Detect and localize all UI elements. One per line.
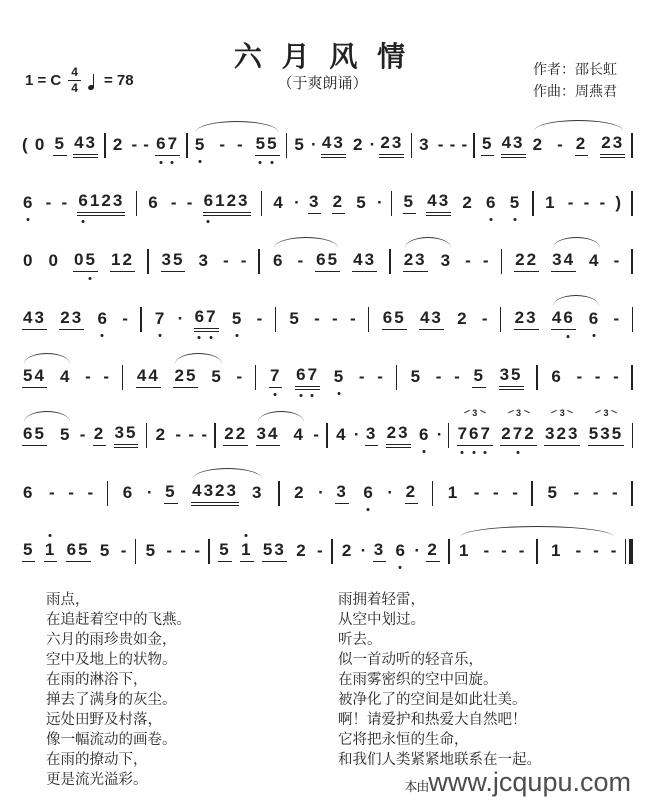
note: 23 <box>514 308 539 330</box>
note-digit: 3 <box>366 424 377 444</box>
note: 23 <box>379 133 404 158</box>
note-digit: 5 <box>548 483 559 503</box>
barline <box>536 365 538 390</box>
note-digit: 1 <box>459 541 470 561</box>
barline <box>432 481 434 506</box>
slur-group: 344 <box>256 424 306 446</box>
note-digit: 2 <box>113 135 124 155</box>
note: 6 <box>147 193 160 214</box>
note: 65 <box>382 308 407 330</box>
note-digit: 6 <box>296 365 307 385</box>
duration-dash: - <box>593 541 599 561</box>
slur-group: 466 <box>551 308 601 330</box>
barline <box>331 539 333 564</box>
slur-group: 655 <box>22 424 72 446</box>
note: 2 <box>112 135 125 156</box>
note: 2723 <box>500 424 536 446</box>
note: 6123 <box>203 191 251 216</box>
note-digit: 2 <box>457 309 468 329</box>
octave-dot-below <box>299 394 302 397</box>
note-digit: 5 <box>100 541 111 561</box>
duration-dash: - <box>465 251 471 271</box>
note: 0 <box>34 135 47 156</box>
octave-dot-below <box>259 161 262 164</box>
triplet-mark: 3 <box>508 408 529 418</box>
barline <box>258 249 260 274</box>
duration-dash: - <box>171 193 177 213</box>
note: 6 <box>550 367 563 388</box>
barline <box>632 307 634 332</box>
note: 5 <box>472 366 485 388</box>
duration-dash: - <box>501 541 507 561</box>
note: 43 <box>426 191 451 216</box>
lyric-line: 被净化了的空间是如此壮美。 <box>338 690 629 710</box>
note: 6 <box>362 483 375 504</box>
note-digit: 4 <box>34 366 45 386</box>
note: 12 <box>110 250 135 272</box>
note: 2 <box>332 192 345 214</box>
lyrics-column-right: 雨拥着轻雷，从空中划过。听去。似一首动听的轻音乐，在雨雾密织的空中回旋。被净化了… <box>338 590 629 790</box>
note-digit: 3 <box>613 133 624 153</box>
duration-dash: - <box>62 193 68 213</box>
slur-group: 344 <box>551 250 601 272</box>
note-digit: 2 <box>515 250 526 270</box>
note: 5353 <box>588 424 624 446</box>
note-digit: 2 <box>227 191 238 211</box>
note-digit: 2 <box>533 135 544 155</box>
note-digit: 6 <box>563 308 574 328</box>
note: 5 <box>403 192 416 214</box>
note-digit: 1 <box>111 250 122 270</box>
note: 5 <box>59 425 72 446</box>
note: 43 <box>501 133 526 158</box>
note: 2 <box>461 193 474 214</box>
octave-dot-below <box>270 161 273 164</box>
note-digit: 3 <box>34 308 45 328</box>
duration-dash: - <box>223 251 229 271</box>
lyric-line: 更是流光溢彩。 <box>46 770 338 790</box>
note-digit: 5 <box>60 425 71 445</box>
barline <box>326 423 328 448</box>
note: 2 <box>405 482 418 504</box>
note: 1 <box>544 193 557 214</box>
slur-group: 43233 <box>191 481 264 506</box>
octave-dot-below <box>513 218 516 221</box>
duration-dash: - <box>575 541 581 561</box>
duration-dash: - <box>612 483 618 503</box>
note: 6 <box>588 309 601 330</box>
note: 34 <box>551 250 576 272</box>
note-digit: 5 <box>173 250 184 270</box>
octave-dot-below <box>273 393 276 396</box>
barline <box>140 307 142 332</box>
note-digit: 3 <box>113 191 124 211</box>
note-digit: 7 <box>481 424 492 444</box>
octave-dot-below <box>484 451 487 454</box>
note-digit: 5 <box>411 367 422 387</box>
note-digit: 3 <box>374 540 385 560</box>
duration-dash: - <box>80 425 86 445</box>
note-digit: 2 <box>601 133 612 153</box>
note: 5 <box>481 134 494 156</box>
note: 5 <box>288 309 301 330</box>
barline <box>146 423 148 448</box>
duration-dash: - <box>103 367 109 387</box>
duration-dash: - <box>436 367 442 387</box>
note-digit: 5 <box>267 134 278 154</box>
note: 22 <box>514 250 539 272</box>
note-digit: 7 <box>270 366 281 386</box>
watermark-url: www.jcqupu.com <box>428 767 631 798</box>
note-digit: 2 <box>462 193 473 213</box>
duration-dash: - <box>49 483 55 503</box>
augmentation-dot: · <box>387 483 393 503</box>
note-digit: 7 <box>308 365 319 385</box>
note-digit: 4 <box>148 366 159 386</box>
note-digit: 2 <box>404 250 415 270</box>
music-line: 43236-7·675-5---65432-23466- <box>22 290 633 348</box>
augmentation-dot: · <box>178 309 184 329</box>
note: 0 <box>22 251 35 272</box>
note-digit: 6 <box>551 367 562 387</box>
note-digit: 3 <box>513 133 524 153</box>
note: 65 <box>66 540 91 562</box>
duration-dash: - <box>454 367 460 387</box>
lyric-line: 从空中划过。 <box>338 610 629 630</box>
note-digit: 5 <box>126 423 137 443</box>
barline <box>261 191 263 216</box>
barline <box>208 539 210 564</box>
octave-dot-below <box>101 334 104 337</box>
note-digit: 6 <box>469 424 480 444</box>
duration-dash: - <box>512 483 518 503</box>
note-digit: 2 <box>387 423 398 443</box>
octave-dot-below <box>198 160 201 163</box>
duration-dash: - <box>614 251 620 271</box>
note: 3233 <box>544 424 580 446</box>
triplet-mark: 3 <box>595 408 616 418</box>
note-digit: 4 <box>353 250 364 270</box>
duration-dash: - <box>85 367 91 387</box>
note-digit: 6 <box>383 308 394 328</box>
note: 2 <box>575 134 588 156</box>
note: 6 <box>22 483 35 504</box>
music-line: (05432--675--555·432·233---5432-223 <box>22 116 633 174</box>
duration-dash: - <box>317 541 323 561</box>
note: 5 <box>509 193 522 214</box>
note-digit: 3 <box>238 191 249 211</box>
note: 7 <box>154 309 167 330</box>
note: 2 <box>352 135 365 156</box>
note: 5 <box>210 367 223 388</box>
lyric-line: 在雨的淋浴下， <box>46 670 338 690</box>
note-digit: 1 <box>545 193 556 213</box>
octave-dot-below <box>516 451 519 454</box>
note-digit: 3 <box>568 424 579 444</box>
note-digit: 5 <box>78 540 89 560</box>
note-digit: 5 <box>23 540 34 560</box>
note: 6 <box>22 193 35 214</box>
note-digit: 5 <box>510 193 521 213</box>
augmentation-dot: · <box>294 193 300 213</box>
duration-dash: - <box>201 425 207 445</box>
note-digit: 5 <box>294 135 305 155</box>
note: 5 <box>22 540 35 562</box>
note: 6 <box>395 541 408 562</box>
note-digit: 3 <box>86 133 97 153</box>
note: 3 <box>198 251 211 272</box>
duration-dash: - <box>187 193 193 213</box>
music-line: 6---6·5432332·36·21---5--- <box>22 464 633 522</box>
note-digit: 3 <box>552 250 563 270</box>
note-digit: 1 <box>215 191 226 211</box>
octave-dot-above <box>244 534 247 537</box>
note-digit: 3 <box>526 308 537 328</box>
note-digit: 1 <box>448 483 459 503</box>
note: 46 <box>551 308 576 330</box>
duration-dash: - <box>219 135 225 155</box>
octave-dot-below <box>159 161 162 164</box>
note: 44 <box>136 366 161 388</box>
note: 6 <box>272 251 285 272</box>
slur-group: 2-223 <box>532 133 626 158</box>
note-digit: 6 <box>156 134 167 154</box>
note-digit: 2 <box>156 425 167 445</box>
duration-dash: - <box>175 425 181 445</box>
note: 43 <box>73 133 98 158</box>
note: 1 <box>550 541 563 562</box>
note-digit: 2 <box>576 134 587 154</box>
sheet-music-page: 六 月 风 情 1 = C 4 4 = 78 （于爽朗诵） 作者：邵长虹 作曲：… <box>0 0 645 800</box>
note-digit: 5 <box>186 366 197 386</box>
note: 6 <box>122 483 135 504</box>
augmentation-dot: · <box>318 483 324 503</box>
note: 2 <box>341 541 354 562</box>
note-digit: 4 <box>60 367 71 387</box>
note: 2 <box>93 424 106 446</box>
note-digit: 4 <box>502 133 513 153</box>
note-digit: 2 <box>501 424 512 444</box>
note-digit: 3 <box>309 192 320 212</box>
note: 2 <box>293 483 306 504</box>
note-digit: 5 <box>211 367 222 387</box>
augmentation-dot: · <box>370 135 376 155</box>
lyric-line: 空中及地上的状物。 <box>46 650 338 670</box>
note: 1 <box>447 483 460 504</box>
note-digit: 2 <box>557 424 568 444</box>
barline <box>368 307 370 332</box>
octave-dot-below <box>367 508 370 511</box>
octave-dot-above <box>48 534 51 537</box>
note: 5 <box>231 309 244 330</box>
note-digit: 5 <box>482 134 493 154</box>
note-digit: 2 <box>515 308 526 328</box>
duration-dash: - <box>595 367 601 387</box>
duration-dash: - <box>613 367 619 387</box>
note: 43 <box>22 308 47 330</box>
duration-dash: - <box>482 309 488 329</box>
octave-dot-below <box>158 334 161 337</box>
triplet-mark: 3 <box>464 408 485 418</box>
note-digit: 5 <box>146 541 157 561</box>
duration-dash: - <box>131 135 137 155</box>
note-digit: 4 <box>23 308 34 328</box>
note: 7 <box>269 366 282 388</box>
note-digit: 4 <box>74 133 85 153</box>
lyrics-column-left: 雨点，在追赶着空中的飞燕。六月的雨珍贵如金，空中及地上的状物。在雨的淋浴下，掸去… <box>46 590 338 790</box>
duration-dash: - <box>166 541 172 561</box>
note-digit: 3 <box>500 365 511 385</box>
note: 1 <box>44 540 57 562</box>
note: 3 <box>251 483 264 504</box>
note-digit: 2 <box>427 540 438 560</box>
note-digit: 3 <box>72 308 83 328</box>
lyric-line: 雨拥着轻雷， <box>338 590 629 610</box>
lyric-line: 它将把永恒的生命， <box>338 730 629 750</box>
note-digit: 2 <box>342 541 353 561</box>
note-digit: 6 <box>419 425 430 445</box>
octave-dot-below <box>82 220 85 223</box>
duration-dash: - <box>143 135 149 155</box>
octave-dot-below <box>399 566 402 569</box>
note-digit: 6 <box>148 193 159 213</box>
barline <box>275 307 277 332</box>
barline <box>473 133 475 158</box>
note-digit: 5 <box>289 309 300 329</box>
octave-dot-below <box>489 218 492 221</box>
note-digit: 0 <box>74 250 85 270</box>
note: 5 <box>164 482 177 504</box>
duration-dash: - <box>557 135 563 155</box>
note-digit: 5 <box>86 250 97 270</box>
duration-dash: - <box>438 135 444 155</box>
note-digit: 2 <box>406 482 417 502</box>
notation-area: (05432--675--555·432·233---5432-2236--61… <box>22 116 633 580</box>
barline <box>255 365 257 390</box>
note: 4 <box>292 425 305 446</box>
octave-dot-below <box>171 161 174 164</box>
note-digit: 2 <box>353 135 364 155</box>
duration-dash: - <box>332 309 338 329</box>
note: 5 <box>355 193 368 214</box>
note: 3 <box>365 424 378 446</box>
note-digit: 2 <box>294 483 305 503</box>
duration-dash: - <box>298 251 304 271</box>
duration-dash: - <box>121 541 127 561</box>
note-digit: 6 <box>195 307 206 327</box>
note: 05 <box>73 250 98 272</box>
note-digit: 2 <box>236 424 247 444</box>
note-digit: 6 <box>589 309 600 329</box>
music-line: 6--61236--61234·325·5432651---) <box>22 174 633 232</box>
note: 2 <box>532 135 545 156</box>
barline <box>631 249 633 274</box>
augmentation-dot: · <box>311 135 317 155</box>
note: 5 <box>53 134 66 156</box>
note: 25 <box>173 366 198 388</box>
octave-dot-below <box>198 336 201 339</box>
note-digit: 5 <box>612 424 623 444</box>
barline <box>147 249 149 274</box>
note-digit: 7 <box>513 424 524 444</box>
note: 5 <box>99 541 112 562</box>
note-digit: 0 <box>35 135 46 155</box>
note-digit: 5 <box>219 540 230 560</box>
parenthesis: ) <box>615 193 621 213</box>
note: 4 <box>588 251 601 272</box>
barline <box>286 133 288 158</box>
barline <box>501 249 503 274</box>
note: 67 <box>155 134 180 156</box>
note: 6 <box>485 193 498 214</box>
note-digit: 6 <box>273 251 284 271</box>
barline <box>500 307 502 332</box>
note: 65 <box>315 250 340 272</box>
music-line: 544--44255-7675--5--5356--- <box>22 348 633 406</box>
note-digit: 3 <box>162 250 173 270</box>
note-digit: 7 <box>168 134 179 154</box>
note-digit: 7 <box>206 307 217 327</box>
note-digit: 5 <box>23 366 34 386</box>
note-digit: 5 <box>334 367 345 387</box>
lyric-line: 听去。 <box>338 630 629 650</box>
note-digit: 2 <box>527 250 538 270</box>
note: 2 <box>456 309 469 330</box>
octave-dot-below <box>337 392 340 395</box>
note-digit: 3 <box>431 308 442 328</box>
note-digit: 4 <box>192 481 203 501</box>
music-line: 51655-5---51532-2·36·21---1--- <box>22 522 633 580</box>
augmentation-dot: · <box>437 425 443 445</box>
duration-dash: - <box>483 251 489 271</box>
duration-dash: - <box>483 541 489 561</box>
note-digit: 6 <box>23 424 34 444</box>
note-digit: 5 <box>54 134 65 154</box>
note: 67 <box>295 365 320 390</box>
barline <box>107 481 109 506</box>
note: 3 <box>308 192 321 214</box>
note-digit: 3 <box>336 482 347 502</box>
note: 22 <box>223 424 248 446</box>
duration-dash: - <box>257 309 263 329</box>
augmentation-dot: · <box>361 541 367 561</box>
slur-group: 544 <box>22 366 72 388</box>
note-digit: 2 <box>333 192 344 212</box>
note-digit: 6 <box>67 540 78 560</box>
note-digit: 2 <box>60 308 71 328</box>
lyric-line: 在追赶着空中的飞燕。 <box>46 610 338 630</box>
note-digit: 4 <box>273 193 284 213</box>
note-digit: 5 <box>356 193 367 213</box>
slur-group: 255 <box>173 366 223 388</box>
note: 53 <box>262 540 287 562</box>
note: 5 <box>194 135 207 156</box>
lyric-line: 像一幅流动的画卷。 <box>46 730 338 750</box>
note-digit: 6 <box>204 191 215 211</box>
duration-dash: - <box>194 541 200 561</box>
note: 3 <box>335 482 348 504</box>
duration-dash: - <box>461 135 467 155</box>
note: 4 <box>272 193 285 214</box>
note-digit: 1 <box>45 540 56 560</box>
note-digit: 2 <box>224 424 235 444</box>
note-digit: 4 <box>137 366 148 386</box>
note: 2 <box>295 541 308 562</box>
note-digit: 4 <box>552 308 563 328</box>
credits: 作者：邵长虹 作曲：周燕君 <box>533 58 617 103</box>
note: 2 <box>426 540 439 562</box>
note-digit: 2 <box>101 191 112 211</box>
